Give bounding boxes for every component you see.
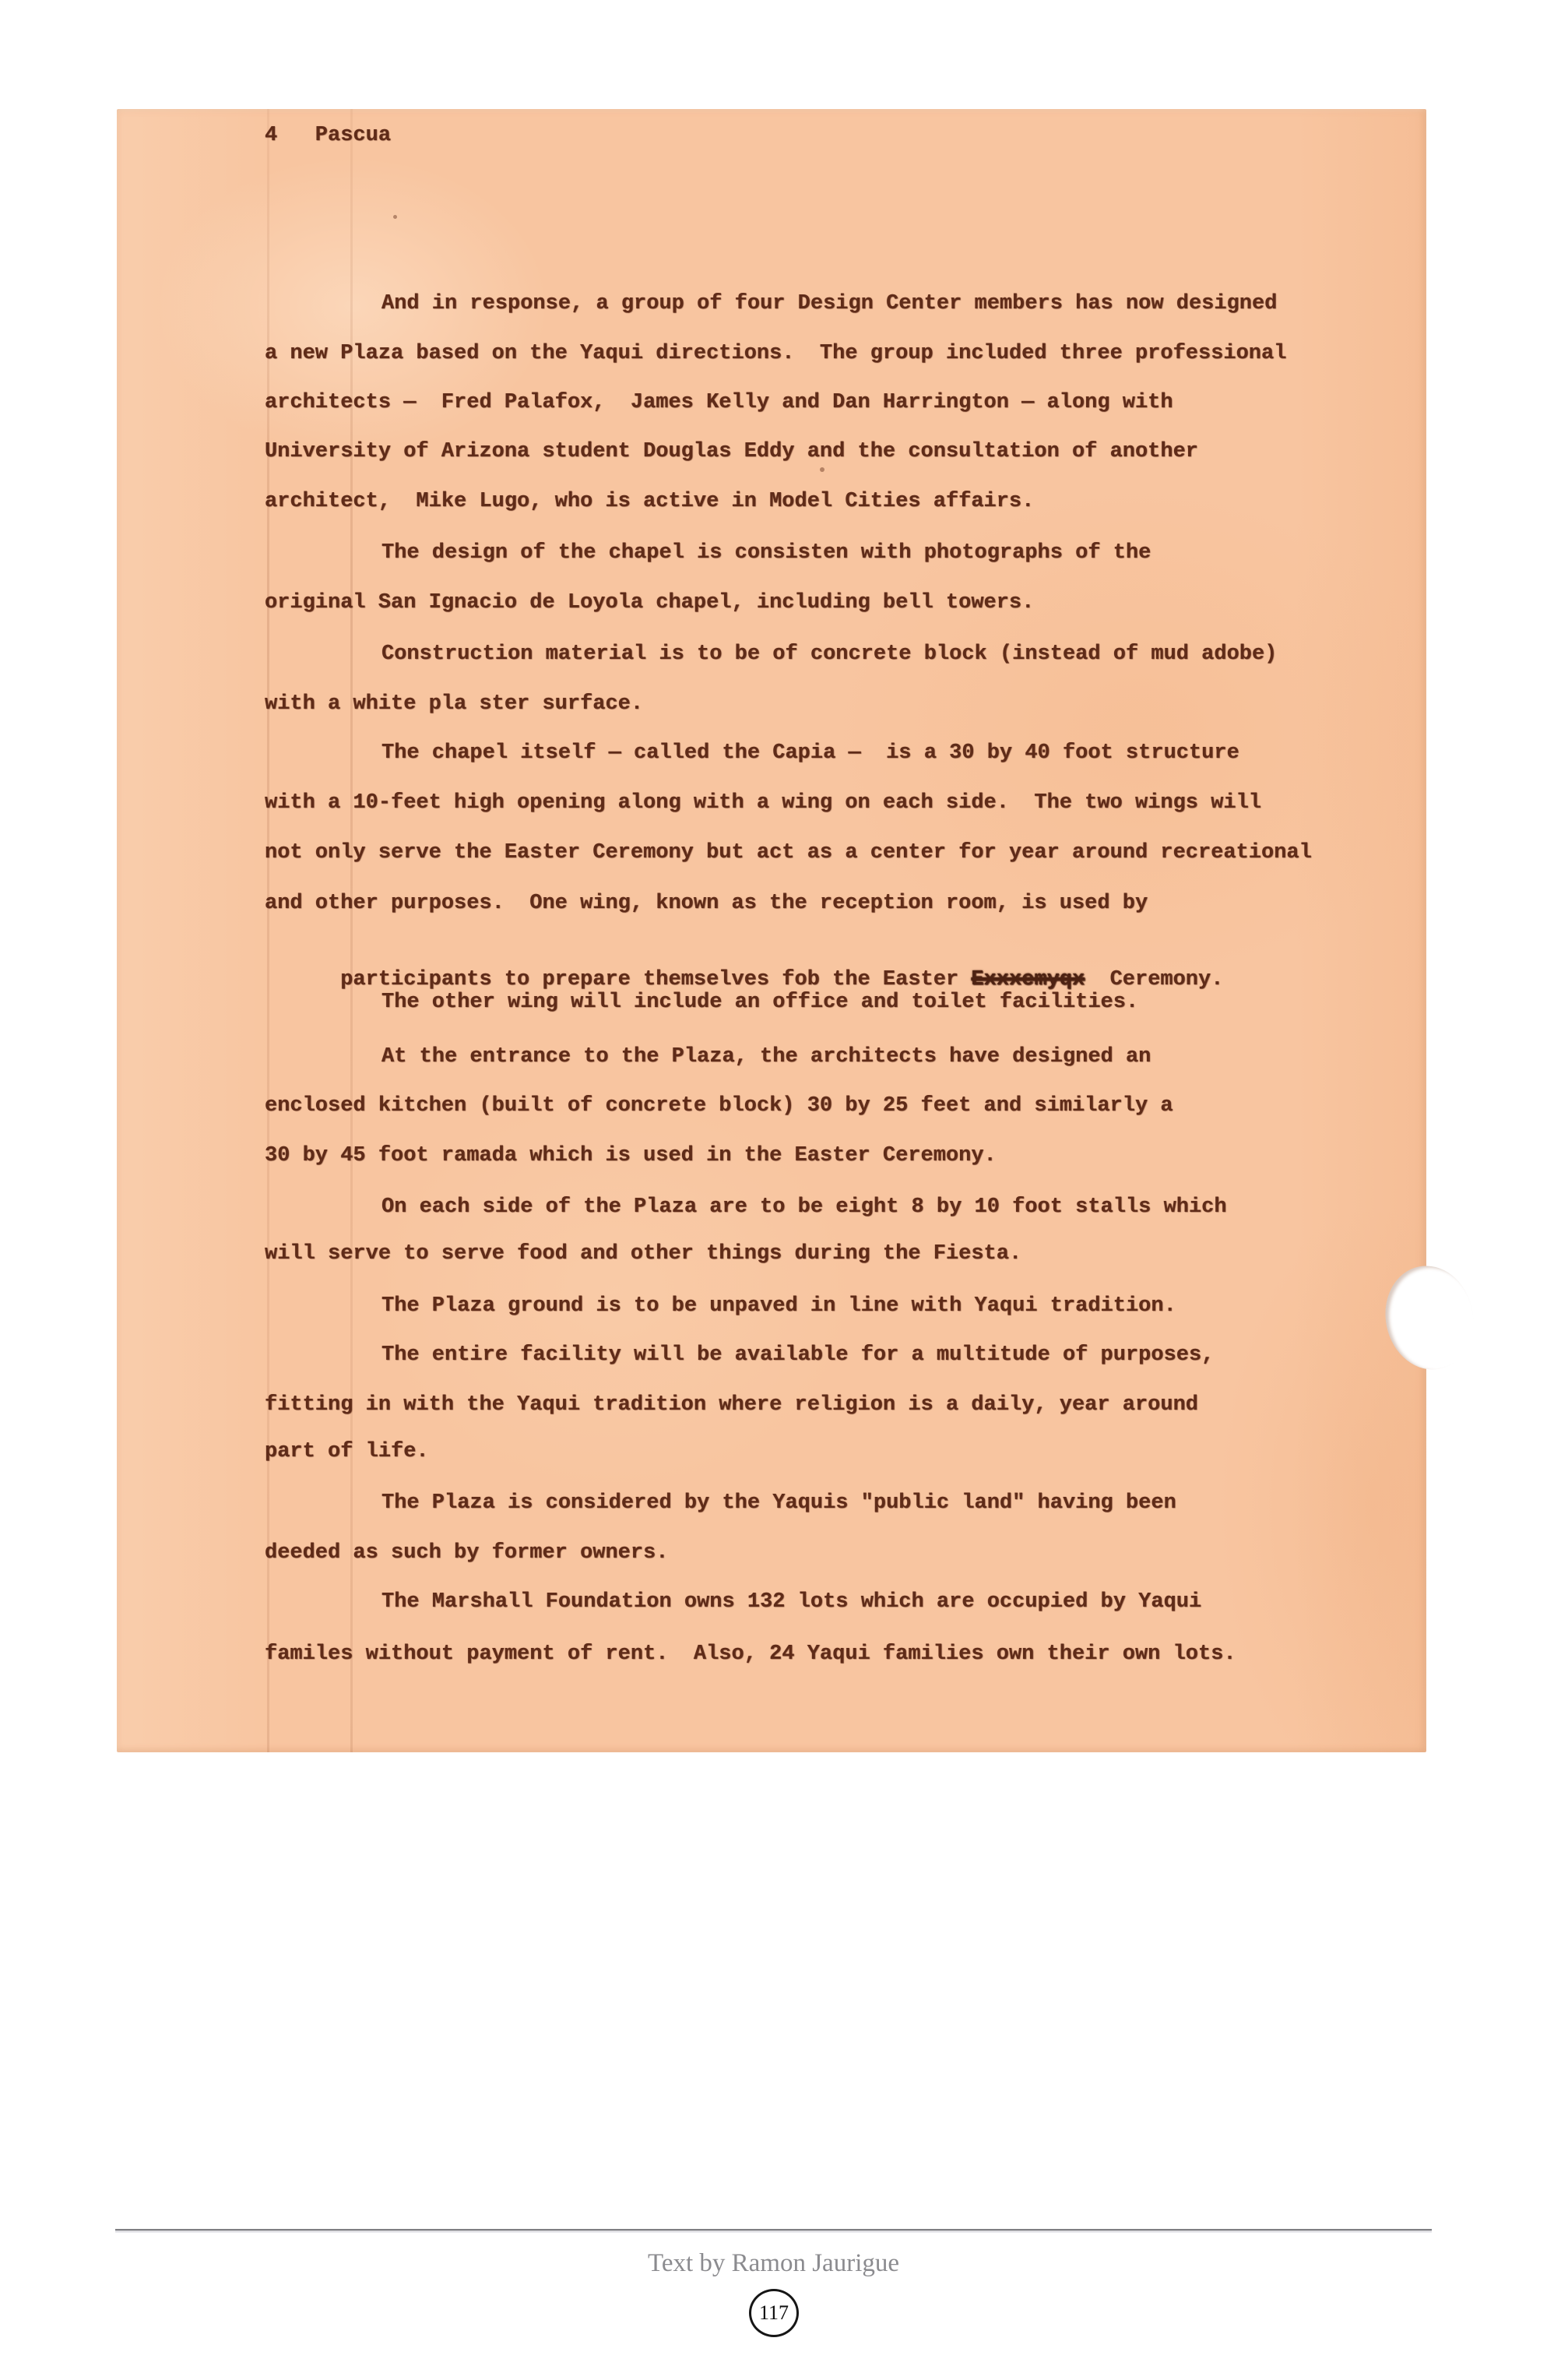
typewritten-line: a new Plaza based on the Yaqui direction… <box>265 340 1286 367</box>
typewritten-line: deeded as such by former owners. <box>265 1540 668 1566</box>
typewritten-line: At the entrance to the Plaza, the archit… <box>381 1044 1151 1070</box>
typewritten-line: Construction material is to be of concre… <box>381 641 1277 667</box>
typewritten-line: The entire facility will be available fo… <box>381 1342 1214 1368</box>
typewritten-line: architect, Mike Lugo, who is active in M… <box>265 488 1034 515</box>
typewritten-line: The Marshall Foundation owns 132 lots wh… <box>381 1589 1201 1615</box>
typewritten-line: familes without payment of rent. Also, 2… <box>265 1641 1236 1667</box>
typewritten-line: And in response, a group of four Design … <box>381 290 1277 317</box>
scanned-document-view: 4 Pascua And in response, a group of fou… <box>0 0 1547 2380</box>
ink-speck <box>820 467 824 472</box>
typewritten-line: The design of the chapel is consisten wi… <box>381 540 1151 566</box>
page-number-badge: 117 <box>749 2289 799 2337</box>
ink-speck <box>393 215 397 219</box>
typewritten-line: The other wing will include an office an… <box>381 989 1138 1016</box>
struck-out-word: Exxxemyqx <box>971 968 1085 991</box>
typewritten-line: The Plaza is considered by the Yaquis "p… <box>381 1490 1176 1516</box>
page-number: 117 <box>759 2301 789 2325</box>
typewritten-line: 30 by 45 foot ramada which is used in th… <box>265 1142 997 1169</box>
typewritten-line: fitting in with the Yaqui tradition wher… <box>265 1392 1198 1418</box>
typewritten-line: On each side of the Plaza are to be eigh… <box>381 1194 1227 1220</box>
typewritten-line: with a white pla ster surface. <box>265 691 643 717</box>
footer-divider <box>115 2229 1432 2233</box>
line-text: participants to prepare themselves fob t… <box>340 968 971 991</box>
paper-notch-tear <box>1376 1258 1482 1378</box>
typewritten-line: The Plaza ground is to be unpaved in lin… <box>381 1293 1176 1319</box>
line-text: Ceremony. <box>1085 968 1223 991</box>
typewritten-line: and other purposes. One wing, known as t… <box>265 890 1148 917</box>
page-header: 4 Pascua <box>265 122 391 149</box>
typewritten-line: enclosed kitchen (built of concrete bloc… <box>265 1093 1173 1119</box>
typewritten-line: will serve to serve food and other thing… <box>265 1241 1021 1267</box>
typewritten-line: The chapel itself — called the Capia — i… <box>381 740 1239 766</box>
credit-line: Text by Ramon Jaurigue <box>0 2249 1547 2278</box>
typewritten-line: not only serve the Easter Ceremony but a… <box>265 840 1312 866</box>
typewritten-line: University of Arizona student Douglas Ed… <box>265 438 1198 465</box>
typewritten-line: with a 10-feet high opening along with a… <box>265 790 1261 816</box>
typewritten-line: part of life. <box>265 1438 429 1465</box>
typewritten-line: original San Ignacio de Loyola chapel, i… <box>265 590 1034 616</box>
typewritten-line: architects — Fred Palafox, James Kelly a… <box>265 389 1173 416</box>
typewritten-page: 4 Pascua And in response, a group of fou… <box>117 109 1426 1752</box>
